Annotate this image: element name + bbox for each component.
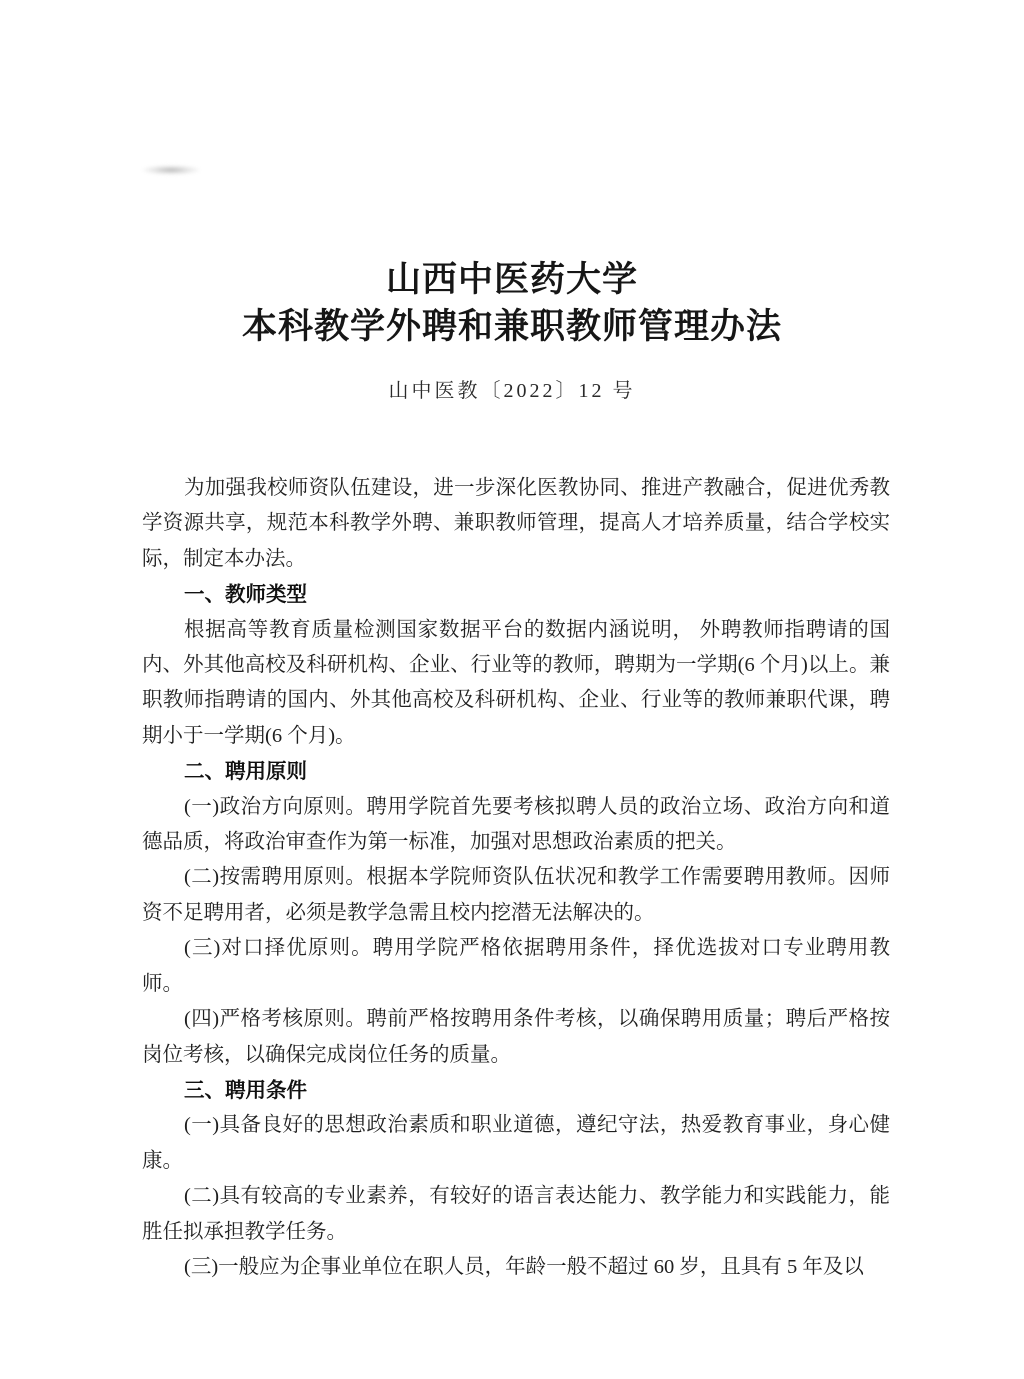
paragraph-condition-2: (二)具有较高的专业素养，有较好的语言表达能力、教学能力和实践能力，能胜任拟承担…	[142, 1179, 890, 1250]
paragraph-condition-1: (一)具备良好的思想政治素质和职业道德，遵纪守法，热爱教育事业，身心健康。	[142, 1108, 890, 1179]
document-page: 山西中医药大学 本科教学外聘和兼职教师管理办法 山中医教〔2022〕12 号 为…	[0, 0, 1024, 1379]
document-body: 为加强我校师资队伍建设，进一步深化医教协同、推进产教融合，促进优秀教学资源共享，…	[142, 471, 890, 1285]
section-heading-1: 一、教师类型	[142, 577, 890, 612]
paragraph-principle-2: (二)按需聘用原则。根据本学院师资队伍状况和教学工作需要聘用教师。因师资不足聘用…	[142, 860, 890, 931]
scan-smudge-artifact	[142, 165, 200, 175]
document-title-line2: 本科教学外聘和兼职教师管理办法	[242, 307, 782, 346]
document-title: 山西中医药大学 本科教学外聘和兼职教师管理办法	[0, 256, 1024, 350]
paragraph-condition-3: (三)一般应为企事业单位在职人员，年龄一般不超过 60 岁，且具有 5 年及以	[142, 1250, 890, 1285]
paragraph-principle-4: (四)严格考核原则。聘前严格按聘用条件考核，以确保聘用质量；聘后严格按岗位考核，…	[142, 1002, 890, 1073]
document-number: 山中医教〔2022〕12 号	[0, 377, 1024, 405]
paragraph-teacher-types: 根据高等教育质量检测国家数据平台的数据内涵说明， 外聘教师指聘请的国内、外其他高…	[142, 613, 890, 755]
section-heading-3: 三、聘用条件	[142, 1073, 890, 1108]
paragraph-principle-3: (三)对口择优原则。聘用学院严格依据聘用条件，择优选拔对口专业聘用教师。	[142, 931, 890, 1002]
section-heading-2: 二、聘用原则	[142, 754, 890, 789]
paragraph-intro: 为加强我校师资队伍建设，进一步深化医教协同、推进产教融合，促进优秀教学资源共享，…	[142, 471, 890, 577]
paragraph-principle-1: (一)政治方向原则。聘用学院首先要考核拟聘人员的政治立场、政治方向和道德品质，将…	[142, 790, 890, 861]
document-title-line1: 山西中医药大学	[386, 260, 638, 299]
